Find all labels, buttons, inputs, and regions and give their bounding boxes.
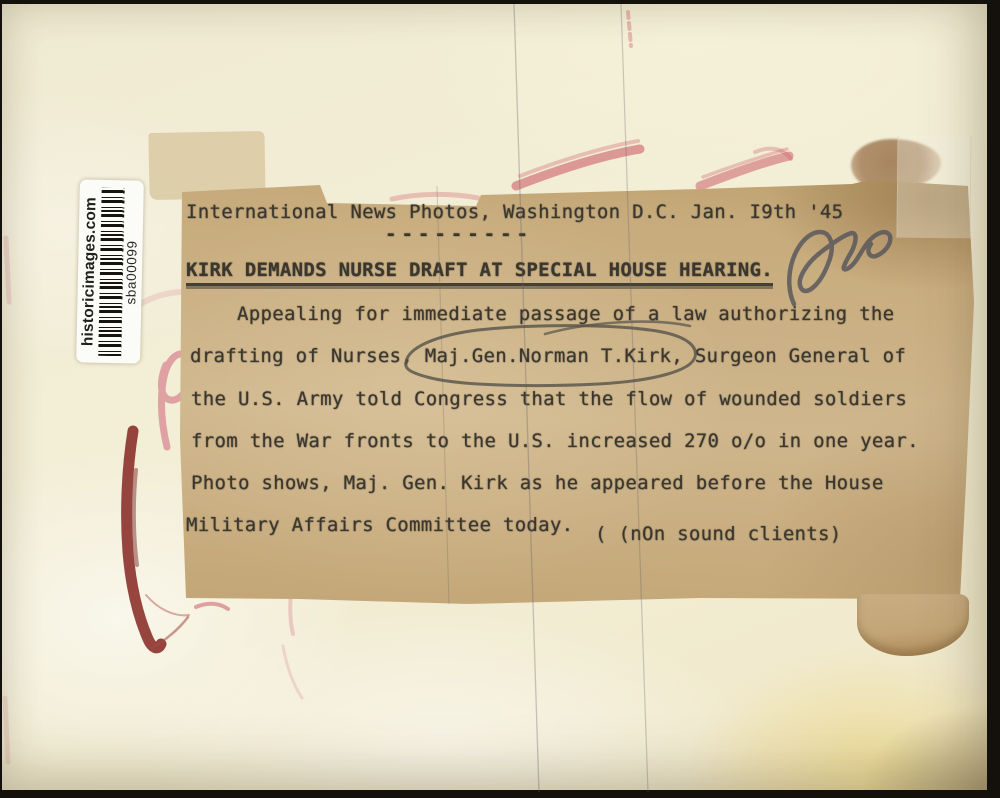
tape-fragment	[896, 136, 971, 239]
barcode	[98, 187, 125, 355]
caption-headline: KIRK DEMANDS NURSE DRAFT AT SPECIAL HOUS…	[186, 261, 773, 280]
caption-body-line: the U.S. Army told Congress that the flo…	[191, 390, 907, 409]
caption-body-line: Military Affairs Committee today.	[186, 516, 573, 535]
caption-body-line: drafting of Nurses, Maj.Gen.Norman T.Kir…	[190, 347, 906, 366]
caption-agency-line: International News Photos, Washington D.…	[186, 203, 843, 222]
sticker-code-label: sba00099	[123, 240, 139, 304]
sticker-site-label: historicimages.com	[79, 196, 100, 346]
sticker-content: historicimages.com sba00099	[78, 183, 142, 360]
photo-back-scan: International News Photos, Washington D.…	[0, 0, 1000, 798]
caption-body-line: Photo shows, Maj. Gen. Kirk as he appear…	[191, 474, 884, 493]
inventory-sticker: historicimages.com sba00099	[76, 179, 144, 363]
caption-divider: ---------	[385, 225, 533, 244]
caption-body-line: from the War fronts to the U.S. increase…	[191, 432, 919, 451]
caption-clients-note: ( (nOn sound clients)	[595, 525, 842, 544]
caption-body-line: Appealing for immediate passage of a law…	[237, 305, 894, 324]
